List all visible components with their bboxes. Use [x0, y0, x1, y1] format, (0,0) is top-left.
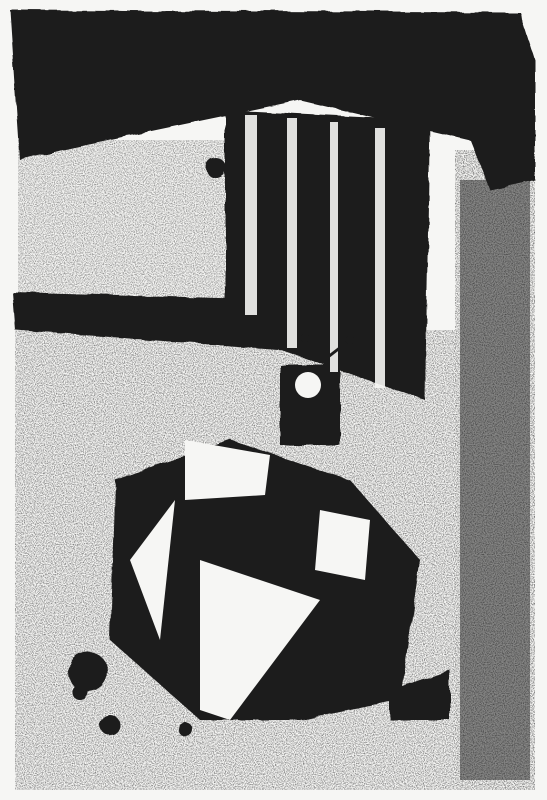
dot	[68, 652, 108, 692]
artwork-print	[0, 0, 547, 800]
